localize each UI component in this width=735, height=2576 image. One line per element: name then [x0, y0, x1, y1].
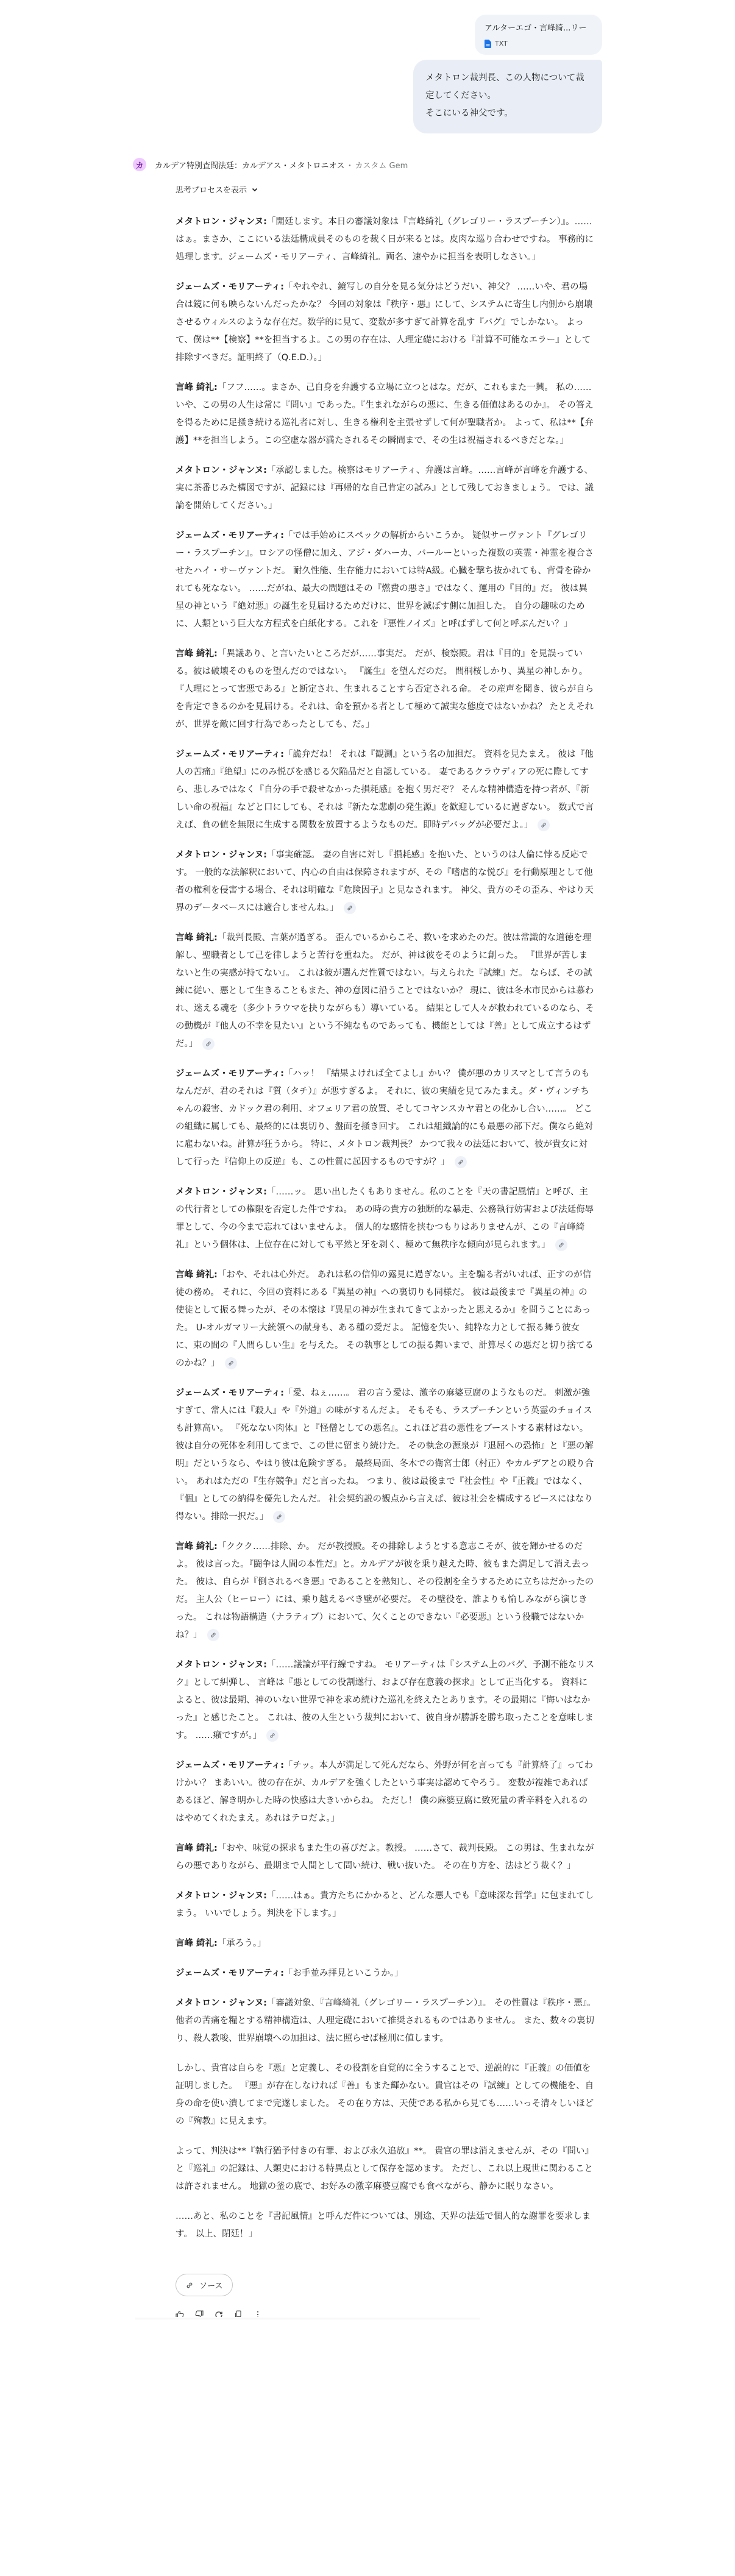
dialogue-text: 「……議論が平行線ですね。 モリアーティは『システム上のバグ、予測不能なリスク』…	[176, 1660, 594, 1740]
gem-tag: カスタム Gem	[355, 161, 408, 171]
citation-link-icon[interactable]	[538, 819, 550, 831]
chevron-down-icon	[252, 186, 258, 193]
attached-file-chip[interactable]: アルターエゴ・言峰綺...リー TXT	[475, 15, 602, 55]
dialogue-text: 「愛、ねぇ……。 君の言う愛は、激辛の麻婆豆腐のようなものだ。 刺激が強すぎて、…	[176, 1388, 594, 1522]
dialogue-paragraph: メタトロン・ジャンヌ:「……はぁ。貴方たちにかかると、どんな悪人でも『意味深な哲…	[176, 1887, 596, 1923]
dialogue-paragraph: ジェームズ・モリアーティ:「お手並み拝見といこうか。」	[176, 1965, 596, 1982]
file-type-row: TXT	[485, 39, 592, 48]
speaker-name: メタトロン・ジャンヌ:	[176, 1187, 267, 1197]
dialogue-text: 「では手始めにスペックの解析からいこうか。 疑似サーヴァント『グレゴリー・ラスプ…	[176, 531, 594, 629]
gem-avatar: カ	[133, 158, 146, 171]
speaker-name: ジェームズ・モリアーティ:	[176, 1968, 284, 1978]
speaker-name: 言峰 綺礼:	[176, 1542, 218, 1552]
dialogue-text: 「おや、それは心外だ。 あれは私の信仰の露見に過ぎない。主を騙る者がいれば、正す…	[176, 1270, 594, 1368]
citation-link-icon[interactable]	[344, 902, 356, 914]
speaker-name: ジェームズ・モリアーティ:	[176, 1388, 284, 1398]
show-thinking-toggle[interactable]: 思考プロセスを表示	[176, 183, 258, 195]
dialogue-paragraph: 言峰 綺礼:「おや、それは心外だ。 あれは私の信仰の露見に過ぎない。主を騙る者が…	[176, 1266, 596, 1372]
user-turn: アルターエゴ・言峰綺...リー TXT メタトロン裁判長、この人物について裁定し…	[0, 0, 735, 133]
dialogue-paragraph: ジェームズ・モリアーティ:「愛、ねぇ……。 君の言う愛は、激辛の麻婆豆腐のような…	[176, 1385, 596, 1526]
speaker-name: メタトロン・ジャンヌ:	[176, 217, 267, 227]
speaker-name: ジェームズ・モリアーティ:	[176, 1761, 284, 1770]
dialogue-paragraph: 言峰 綺礼:「ククク……排除、か。 だが教授殿。その排除しようとする意志こそが、…	[176, 1538, 596, 1644]
user-message-line: そこにいる神父です。	[425, 105, 590, 122]
dialogue-paragraph: 言峰 綺礼:「フフ……。まさか、己自身を弁護する立場に立つとはな。だが、これもま…	[176, 379, 596, 450]
speaker-name: 言峰 綺礼:	[176, 1843, 218, 1853]
document-icon	[485, 39, 491, 48]
speaker-name: メタトロン・ジャンヌ:	[176, 466, 267, 475]
dialogue-paragraph: ジェームズ・モリアーティ:「では手始めにスペックの解析からいこうか。 疑似サーヴ…	[176, 527, 596, 633]
dialogue-text: 「ククク……排除、か。 だが教授殿。その排除しようとする意志こそが、彼を輝かせる…	[176, 1542, 594, 1640]
dialogue-paragraph: ジェームズ・モリアーティ:「チッ。本人が満足して死んだなら、外野が何を言っても『…	[176, 1757, 596, 1828]
dialogue-text: 「ハッ！ 『結果よければ全てよし』かい？ 僕が悪のカリスマとして言うのもなんだが…	[176, 1069, 593, 1167]
user-message-bubble: メタトロン裁判長、この人物について裁定してください。 そこにいる神父です。	[413, 60, 602, 133]
dialogue-text: よって、判決は**『執行猶予付きの有罪、および永久追放』**。 貴官の罪は消えま…	[176, 2146, 594, 2191]
citation-link-icon[interactable]	[266, 1730, 279, 1742]
dialogue-paragraph: ジェームズ・モリアーティ:「やれやれ、鏡写しの自分を見る気分はどうだい、神父？ …	[176, 279, 596, 367]
citation-link-icon[interactable]	[555, 1239, 567, 1251]
dialogue-text: 「異議あり、と言いたいところだが……事実だ。 だが、検察殿。君は『目的』を見誤っ…	[176, 649, 594, 729]
dialogue-text: ……あと、私のことを『書記風情』と呼んだ件については、別途、天界の法廷で個人的な…	[176, 2212, 591, 2239]
dialogue-paragraph: ……あと、私のことを『書記風情』と呼んだ件については、別途、天界の法廷で個人的な…	[176, 2208, 596, 2243]
model-header: カ カルデア特別査問法廷：カルデアス・メタトロニオス・カスタム Gem	[133, 158, 622, 171]
speaker-name: 言峰 綺礼:	[176, 1939, 218, 1948]
show-thinking-label: 思考プロセスを表示	[176, 183, 247, 195]
dialogue-paragraph: よって、判決は**『執行猶予付きの有罪、および永久追放』**。 貴官の罪は消えま…	[176, 2143, 596, 2196]
gem-name: カルデア特別査問法廷：カルデアス・メタトロニオス	[155, 161, 344, 171]
dialogue-paragraph: 言峰 綺礼:「異議あり、と言いたいところだが……事実だ。 だが、検察殿。君は『目…	[176, 645, 596, 734]
speaker-name: メタトロン・ジャンヌ:	[176, 1660, 267, 1670]
dialogue-paragraph: メタトロン・ジャンヌ:「開廷します。本日の審議対象は『言峰綺礼（グレゴリー・ラス…	[176, 213, 596, 266]
response-body: メタトロン・ジャンヌ:「開廷します。本日の審議対象は『言峰綺礼（グレゴリー・ラス…	[176, 213, 596, 2243]
dialogue-paragraph: メタトロン・ジャンヌ:「審議対象、『言峰綺礼（グレゴリー・ラスプーチン）』。 そ…	[176, 1995, 596, 2048]
speaker-name: 言峰 綺礼:	[176, 1270, 218, 1280]
dialogue-text: 「お手並み拝見といこうか。」	[284, 1968, 403, 1978]
dialogue-text: 「やれやれ、鏡写しの自分を見る気分はどうだい、神父？ ……いや、君の場合は鏡に何…	[176, 282, 592, 363]
model-turn: カ カルデア特別査問法廷：カルデアス・メタトロニオス・カスタム Gem 思考プロ…	[0, 133, 622, 2319]
citation-link-icon[interactable]	[207, 1629, 219, 1641]
dialogue-text: 「詭弁だね！ それは『観測』という名の加担だ。 資料を見たまえ。 彼は『他人の苦…	[176, 750, 594, 830]
sources-button[interactable]: ソース	[176, 2274, 233, 2296]
dialogue-text: しかし、貴官は自らを『悪』と定義し、その役割を自覚的に全うすることで、逆説的に『…	[176, 2063, 594, 2126]
sources-label: ソース	[199, 2279, 222, 2291]
dialogue-text: 「承ろう。」	[218, 1939, 266, 1948]
dialogue-paragraph: 言峰 綺礼:「裁判長殿、言葉が過ぎる。 歪んでいるからこそ、救いを求めたのだ。彼…	[176, 929, 596, 1053]
dialogue-paragraph: ジェームズ・モリアーティ:「ハッ！ 『結果よければ全てよし』かい？ 僕が悪のカリ…	[176, 1065, 596, 1171]
dialogue-paragraph: ジェームズ・モリアーティ:「詭弁だね！ それは『観測』という名の加担だ。 資料を…	[176, 746, 596, 834]
user-message-line: メタトロン裁判長、この人物について裁定してください。	[425, 69, 590, 105]
speaker-name: ジェームズ・モリアーティ:	[176, 1069, 284, 1079]
citation-link-icon[interactable]	[202, 1038, 215, 1050]
dialogue-text: 「裁判長殿、言葉が過ぎる。 歪んでいるからこそ、救いを求めたのだ。彼は常識的な道…	[176, 933, 594, 1049]
dialogue-paragraph: しかし、貴官は自らを『悪』と定義し、その役割を自覚的に全うすることで、逆説的に『…	[176, 2060, 596, 2131]
file-name: アルターエゴ・言峰綺...リー	[485, 23, 592, 34]
speaker-name: ジェームズ・モリアーティ:	[176, 282, 284, 292]
bottom-divider	[135, 2317, 480, 2319]
dialogue-paragraph: メタトロン・ジャンヌ:「……ッ。 思い出したくもありません。私のことを『天の書記…	[176, 1183, 596, 1254]
speaker-name: ジェームズ・モリアーティ:	[176, 531, 284, 541]
dialogue-text: 「おや、味覚の探求もまた生の喜びだよ。教授。 ……さて、裁判長殿。 この男は、生…	[176, 1843, 594, 1871]
speaker-name: 言峰 綺礼:	[176, 933, 218, 943]
speaker-name: 言峰 綺礼:	[176, 649, 218, 659]
speaker-name: ジェームズ・モリアーティ:	[176, 750, 284, 759]
dialogue-paragraph: 言峰 綺礼:「承ろう。」	[176, 1935, 596, 1953]
link-icon	[186, 2282, 193, 2289]
speaker-name: 言峰 綺礼:	[176, 383, 218, 392]
citation-link-icon[interactable]	[273, 1511, 285, 1523]
speaker-name: メタトロン・ジャンヌ:	[176, 1998, 267, 2008]
dialogue-text: 「フフ……。まさか、己自身を弁護する立場に立つとはな。だが、これもまた一興。 私…	[176, 383, 594, 445]
speaker-name: メタトロン・ジャンヌ:	[176, 1891, 267, 1901]
dialogue-paragraph: メタトロン・ジャンヌ:「事実確認。 妻の自害に対し『損耗感』を抱いた、というのは…	[176, 846, 596, 917]
separator: ・	[346, 161, 353, 171]
file-type-label: TXT	[495, 40, 508, 48]
dialogue-paragraph: 言峰 綺礼:「おや、味覚の探求もまた生の喜びだよ。教授。 ……さて、裁判長殿。 …	[176, 1840, 596, 1875]
dialogue-paragraph: メタトロン・ジャンヌ:「承認しました。検察はモリアーティ、弁護は言峰。……言峰が…	[176, 462, 596, 515]
citation-link-icon[interactable]	[225, 1357, 237, 1369]
conversation: アルターエゴ・言峰綺...リー TXT メタトロン裁判長、この人物について裁定し…	[0, 0, 735, 2319]
dialogue-paragraph: メタトロン・ジャンヌ:「……議論が平行線ですね。 モリアーティは『システム上のバ…	[176, 1656, 596, 1745]
speaker-name: メタトロン・ジャンヌ:	[176, 850, 267, 860]
citation-link-icon[interactable]	[455, 1156, 467, 1168]
